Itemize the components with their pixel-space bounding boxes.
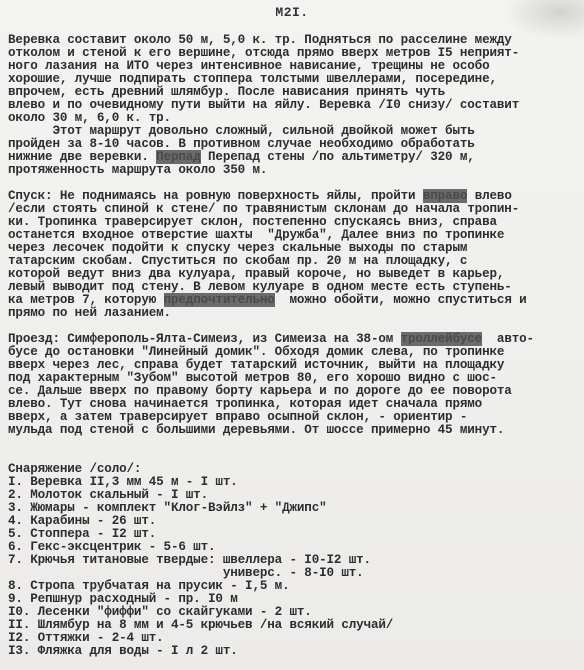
text-line: мульда под стеной с большими деревьями. … [8,424,504,437]
text-line: протяженность маршрута около 350 м. [8,164,267,177]
list-item: I3. Фляжка для воды - I л 2 шт. [8,645,238,658]
text-line: прямо по ней лазанием. [8,307,171,320]
struck-out-word: вправо [423,189,467,203]
text-segment: Спуск: Не поднимаясь на ровную поверхнос… [8,189,423,203]
text-segment: ка метров 7, которую [8,293,164,307]
text-segment: Перепад стены /по альтиметру/ 320 м, [201,150,475,164]
typewritten-page: М2I. Веревка составит около 50 м, 5,0 к.… [0,0,584,670]
text-segment: можно обойти, можно спуститься и [275,293,527,307]
text-segment: нижние две веревки. [8,150,156,164]
text-segment: авто- [482,332,534,346]
page-title: М2I. [0,5,584,20]
text-segment: Проезд: Симферополь-Ялта-Симеиз, из Симе… [8,332,401,346]
text-segment: влево [467,189,511,203]
struck-out-word: Перпад [156,150,200,164]
struck-out-word: предпочтительно [164,293,275,307]
struck-out-word: троллейбусе [401,332,482,346]
